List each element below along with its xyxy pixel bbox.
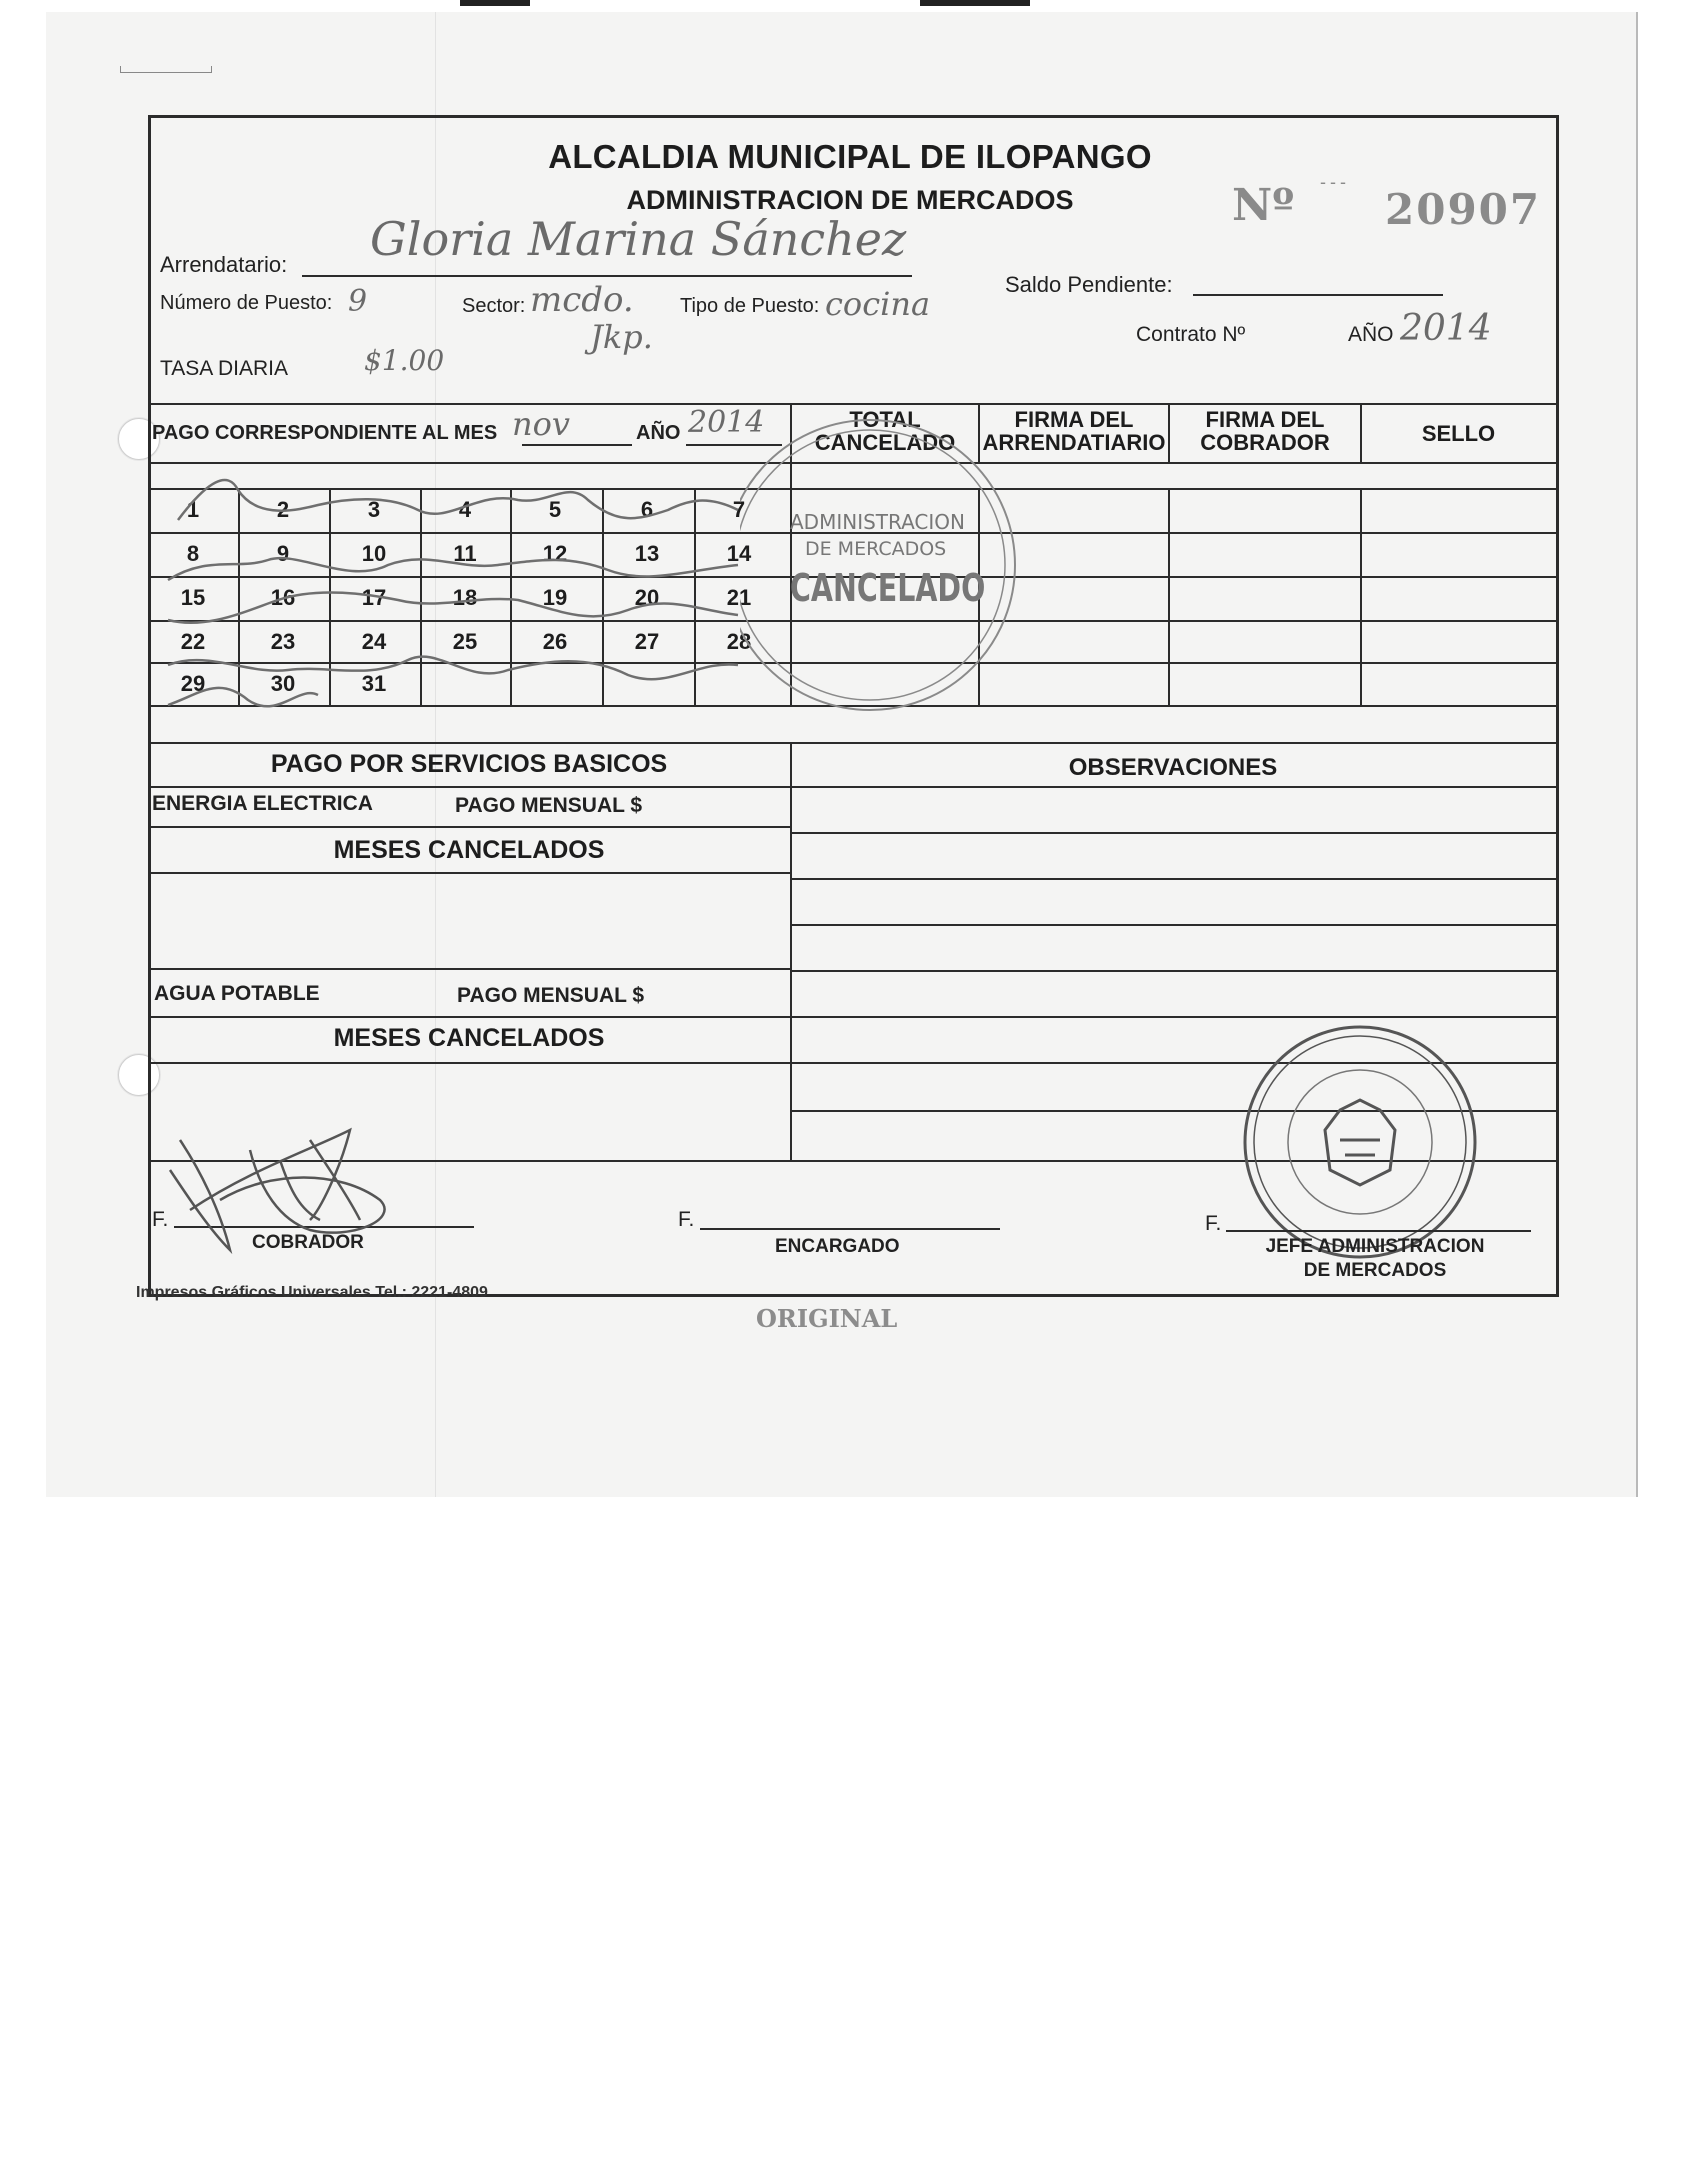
numero-puesto-field[interactable]: 9 xyxy=(348,284,367,319)
mes-field[interactable]: nov xyxy=(512,405,570,443)
receipt-number-prefix: --- xyxy=(1320,172,1350,193)
printer-credit: Impresos Gráficos Universales Tel.: 2221… xyxy=(136,1284,488,1302)
stamp-line-3: CANCELADO xyxy=(790,566,985,610)
servicios-basicos-title: PAGO POR SERVICIOS BASICOS xyxy=(148,750,790,779)
numero-puesto-label: Número de Puesto: xyxy=(160,292,332,315)
anio-field[interactable]: 2014 xyxy=(1400,308,1492,349)
divider xyxy=(148,968,790,970)
sector-label: Sector: xyxy=(462,295,525,318)
mes-underline xyxy=(522,444,632,446)
header-firma-cobrador: FIRMA DEL COBRADOR xyxy=(1170,408,1360,454)
encargado-signature-line[interactable] xyxy=(700,1228,1000,1230)
energia-meses-field[interactable] xyxy=(150,874,788,966)
sector-field[interactable]: mcdo. xyxy=(530,280,634,320)
scan-artifact xyxy=(460,0,530,6)
agua-pago-mensual[interactable]: PAGO MENSUAL $ xyxy=(457,984,644,1008)
jefe-label-line2: DE MERCADOS xyxy=(1240,1260,1510,1282)
tipo-puesto-field[interactable]: cocina xyxy=(825,285,930,323)
stamp-line-1: ADMINISTRACION xyxy=(790,510,965,534)
receipt-number-label: Nº xyxy=(1232,180,1294,231)
agua-meses-cancelados: MESES CANCELADOS xyxy=(148,1024,790,1053)
depto-admon-stamp xyxy=(1240,1020,1480,1265)
jefe-label-line1: JEFE ADMINISTRACION xyxy=(1240,1236,1510,1258)
divider xyxy=(148,786,1556,788)
anio-label: AÑO xyxy=(1348,323,1394,347)
arrendatario-underline xyxy=(302,275,912,277)
column-divider xyxy=(1168,488,1170,705)
tasa-diaria-field[interactable]: $1.00 xyxy=(364,344,444,377)
handwritten-scribble xyxy=(148,470,798,710)
energia-label: ENERGIA ELECTRICA xyxy=(152,792,373,816)
receipt-number: 20907 xyxy=(1385,185,1541,234)
arrendatario-field[interactable]: Gloria Marina Sánchez xyxy=(370,212,906,266)
agua-label: AGUA POTABLE xyxy=(154,982,320,1006)
document-title: ALCALDIA MUNICIPAL DE ILOPANGO xyxy=(450,138,1250,176)
cobrador-signature xyxy=(150,1110,410,1270)
header-line: COBRADOR xyxy=(1170,431,1360,454)
saldo-pendiente-field[interactable] xyxy=(1193,294,1443,296)
energia-pago-mensual[interactable]: PAGO MENSUAL $ xyxy=(455,794,642,818)
observaciones-title: OBSERVACIONES xyxy=(790,754,1556,782)
scan-artifact xyxy=(920,0,1030,6)
divider xyxy=(148,826,790,828)
sector-field-line2[interactable]: Jkp. xyxy=(590,318,653,356)
pago-anio-label: AÑO xyxy=(636,422,680,445)
column-divider xyxy=(1360,488,1362,705)
copy-label: ORIGINAL xyxy=(756,1304,897,1333)
saldo-pendiente-label: Saldo Pendiente: xyxy=(1005,272,1173,298)
mes-label: PAGO CORRESPONDIENTE AL MES xyxy=(152,422,497,445)
arrendatario-label: Arrendatario: xyxy=(160,252,287,278)
f-prefix-encargado: F. xyxy=(678,1208,694,1232)
stamp-line-2: DE MERCADOS xyxy=(805,538,946,560)
encargado-label: ENCARGADO xyxy=(775,1236,900,1258)
header-sello: SELLO xyxy=(1362,422,1555,445)
f-prefix-jefe: F. xyxy=(1205,1212,1221,1236)
header-line: FIRMA DEL xyxy=(1170,408,1360,431)
tipo-puesto-label: Tipo de Puesto: xyxy=(680,295,819,318)
divider xyxy=(148,1016,790,1018)
energia-meses-cancelados: MESES CANCELADOS xyxy=(148,836,790,865)
staple-mark xyxy=(120,66,212,73)
contrato-label: Contrato Nº xyxy=(1136,323,1245,347)
divider xyxy=(148,742,1556,744)
cancelado-stamp xyxy=(740,400,1020,720)
jefe-signature-line[interactable] xyxy=(1226,1230,1531,1232)
tasa-diaria-label: TASA DIARIA xyxy=(160,357,288,381)
